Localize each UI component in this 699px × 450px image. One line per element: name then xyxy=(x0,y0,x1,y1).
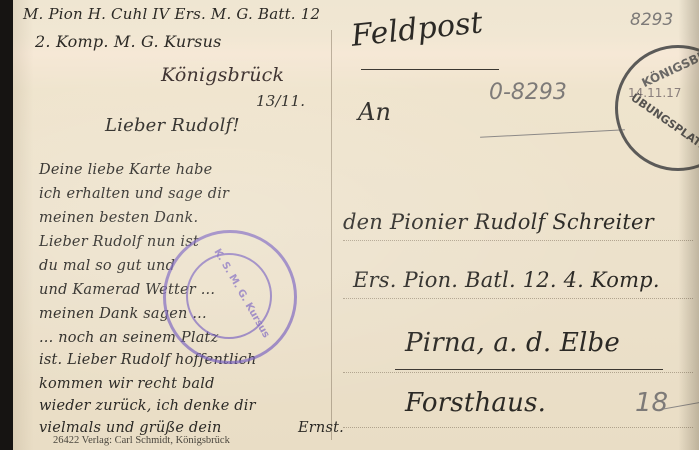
postmark-bottom-text: ÜBUNGSPLATZ xyxy=(628,91,699,154)
archive-number: 8293 xyxy=(630,10,673,30)
sender-place: Königsbrück xyxy=(161,64,284,86)
message-line: kommen wir recht bald xyxy=(39,372,215,396)
postmark: KÖNIGSBRÜCK 14.11.17 ÜBUNGSPLATZ xyxy=(615,45,699,171)
sender-line-2: 2. Komp. M. G. Kursus xyxy=(35,32,222,51)
address-guide-line xyxy=(343,427,693,428)
signature: Ernst. xyxy=(298,416,344,440)
pencil-line xyxy=(480,129,625,138)
address-guide-line xyxy=(343,372,693,373)
message-line: wieder zurück, ich denke dir xyxy=(39,394,256,418)
archive-number-pencil: 0-8293 xyxy=(489,80,567,105)
address-an: An xyxy=(358,98,391,126)
message-line: Lieber Rudolf nun ist xyxy=(39,230,199,254)
center-divider-line xyxy=(331,30,332,440)
message-line: Deine liebe Karte habe xyxy=(39,158,212,182)
postmark-top-text: KÖNIGSBRÜCK xyxy=(640,36,699,90)
address-pencil-note: 18 xyxy=(635,388,668,418)
unit-stamp: K. S. M. G. Kursus xyxy=(163,230,297,364)
postcard: M. Pion H. Cuhl IV Ers. M. G. Batt. 12 2… xyxy=(13,0,699,450)
salutation: Lieber Rudolf! xyxy=(105,115,240,136)
sender-line-1: M. Pion H. Cuhl IV Ers. M. G. Batt. 12 xyxy=(23,5,320,23)
feldpost-heading: Feldpost xyxy=(350,5,485,54)
feldpost-underline xyxy=(361,69,499,70)
pencil-dash xyxy=(663,402,699,410)
sender-date: 13/11. xyxy=(256,92,305,110)
message-line: du mal so gut und xyxy=(39,254,175,278)
message-line: meinen besten Dank. xyxy=(39,206,198,230)
scan-border xyxy=(0,0,13,450)
address-guide-line xyxy=(343,298,693,299)
address-line-1: den Pionier Rudolf Schreiter xyxy=(343,210,654,234)
address-line-4: Forsthaus. xyxy=(405,388,546,418)
address-underline xyxy=(395,369,663,370)
address-line-2: Ers. Pion. Batl. 12. 4. Komp. xyxy=(353,268,660,292)
address-line-3: Pirna, a. d. Elbe xyxy=(405,328,620,358)
address-guide-line xyxy=(343,240,693,241)
publisher-imprint: 26422 Verlag: Carl Schmidt, Königsbrück xyxy=(53,435,230,446)
message-line: ich erhalten und sage dir xyxy=(39,182,229,206)
